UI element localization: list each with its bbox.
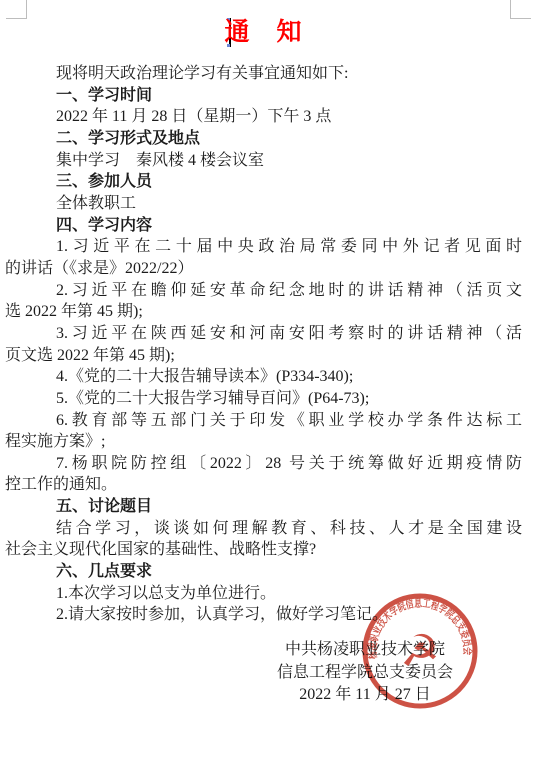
text-line[interactable]: 页文选 2022 年第 45 期); [0, 345, 537, 367]
text-line[interactable]: 集中学习 秦风楼 4 楼会议室 [0, 150, 537, 172]
text-line[interactable]: 四、学习内容 [0, 215, 537, 237]
text-line[interactable]: 4.《党的二十大报告辅导读本》(P334-340); [0, 366, 537, 388]
text-line[interactable]: 五、讨论题目 [0, 496, 537, 518]
text-line[interactable]: 一、学习时间 [0, 85, 537, 107]
notice-title[interactable]: 通 知 [5, 17, 522, 47]
text-line[interactable]: 6.教育部等五部门关于印发《职业学校办学条件达标工 [0, 410, 537, 432]
text-line[interactable]: 社会主义现代化国家的基础性、战略性支撑? [0, 539, 537, 561]
text-line[interactable]: 的讲话（《求是》2022/22） [0, 258, 537, 280]
text-line[interactable]: 1.习近平在二十届中央政治局常委同中外记者见面时 [0, 236, 537, 258]
text-line[interactable]: 二、学习形式及地点 [0, 128, 537, 150]
text-line[interactable]: 3.习近平在陕西延安和河南安阳考察时的讲话精神（活 [0, 323, 537, 345]
text-line[interactable]: 结合学习，谈谈如何理解教育、科技、人才是全国建设 [0, 518, 537, 540]
text-line[interactable]: 2.习近平在瞻仰延安革命纪念地时的讲话精神（活页文 [0, 280, 537, 302]
official-seal: 杨凌职业技术学院信息工程学院总支委员会 ☭ [355, 587, 485, 717]
text-line[interactable]: 选 2022 年第 45 期); [0, 301, 537, 323]
document-page: 通 知 现将明天政治理论学习有关事宜通知如下:一、学习时间2022 年 11 月… [0, 0, 537, 759]
notice-body: 现将明天政治理论学习有关事宜通知如下:一、学习时间2022 年 11 月 28 … [0, 63, 537, 626]
margin-crop-mark-top-right-vertical [510, 0, 511, 18]
text-line[interactable]: 现将明天政治理论学习有关事宜通知如下: [0, 63, 537, 85]
text-line[interactable]: 程实施方案》; [0, 431, 537, 453]
text-line[interactable]: 5.《党的二十大报告学习辅导百问》(P64-73); [0, 388, 537, 410]
text-line[interactable]: 7.杨职院防控组〔2022〕28 号关于统筹做好近期疫情防 [0, 453, 537, 475]
hammer-sickle-icon: ☭ [400, 626, 439, 677]
text-line[interactable]: 六、几点要求 [0, 561, 537, 583]
text-line[interactable]: 控工作的通知。 [0, 474, 537, 496]
text-line[interactable]: 2022 年 11 月 28 日（星期一）下午 3 点 [0, 106, 537, 128]
text-line[interactable]: 三、参加人员 [0, 171, 537, 193]
text-line[interactable]: 全体教职工 [0, 193, 537, 215]
margin-crop-mark-top-left-vertical [26, 0, 27, 18]
